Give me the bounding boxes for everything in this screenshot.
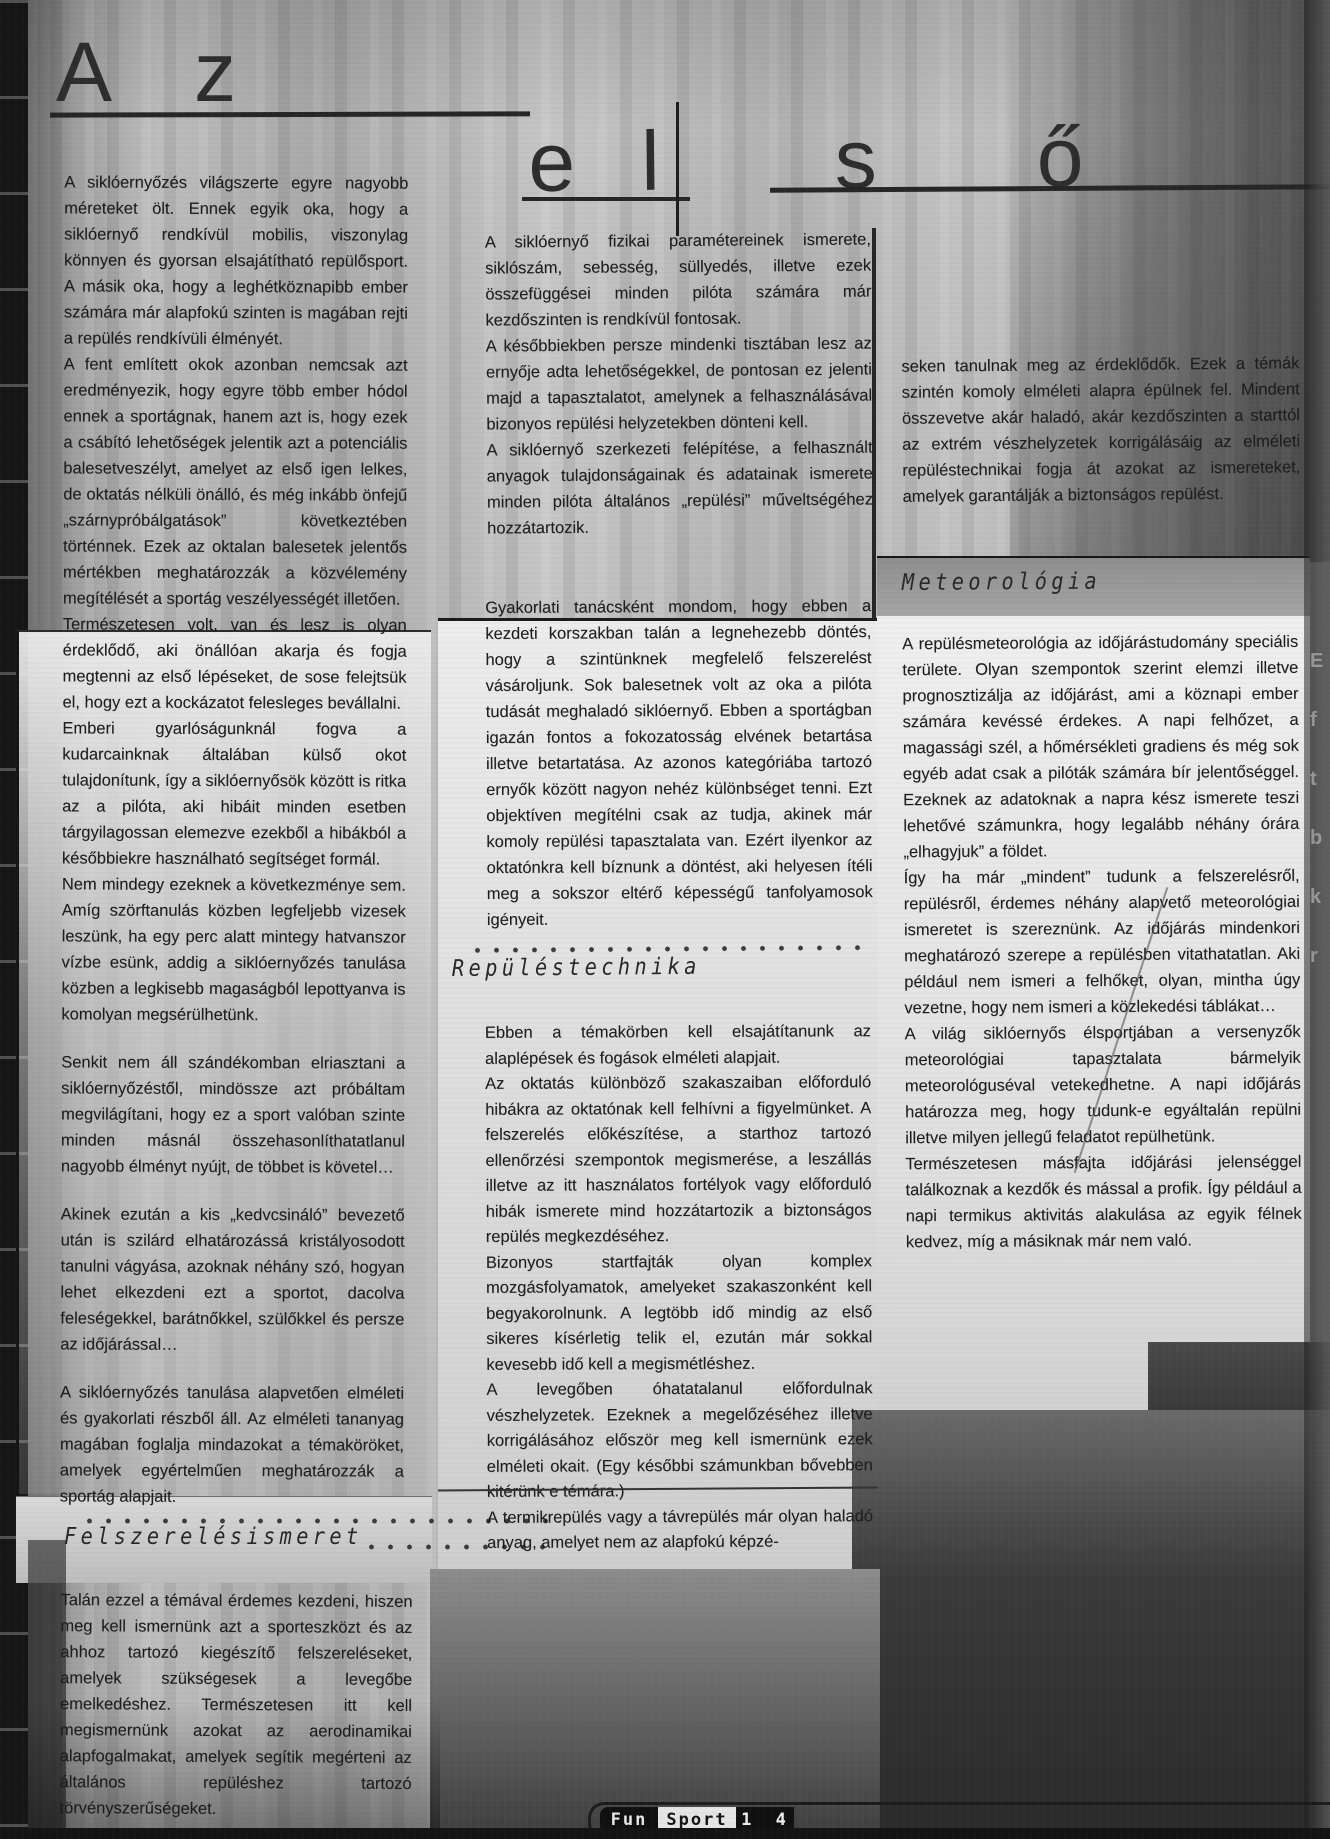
paragraph: A siklóernyő fizikai paramétereinek isme… [485,226,872,333]
headline-letter: l [641,119,660,203]
letter-fragment: E [1310,650,1323,673]
column3-meteo-text: A repülésmeteorológia az időjárástudomán… [902,629,1302,1255]
bottom-edge-strip [0,1828,1330,1839]
column-divider-line [872,228,876,620]
section-heading-equipment: Felszerelésismeret [64,1524,363,1550]
paragraph: A siklóernyőzés tanulása alapvetően elmé… [60,1379,404,1510]
paragraph: Gyakorlati tanácsként mondom, hogy ebben… [485,593,873,933]
dark-bottom-middle [430,1569,880,1839]
title-column-divider [676,102,679,236]
paragraph: Így ha már „mindent” tudunk a felszerelé… [904,863,1301,1021]
section-heading-meteorology: Meteorológia [902,569,1101,596]
paragraph: Bizonyos startfajták olyan komplex mozgá… [486,1249,873,1378]
letter-fragment: r [1310,945,1323,968]
paragraph: A repülésmeteorológia az időjárástudomán… [902,629,1299,865]
paragraph: Természetesen volt, van és lesz is olyan… [62,611,406,716]
paragraph: Talán ezzel a témával érdemes kezdeni, h… [59,1587,412,1823]
headline-letter-a: A [56,30,112,114]
column2-text-middle: Gyakorlati tanácsként mondom, hogy ebben… [485,593,873,933]
dark-bottom-area [852,1410,1330,1839]
letter-fragment: t [1310,768,1323,791]
headline-underline-el [522,197,690,201]
paragraph: A fent említett okok azonban nemcsak azt… [63,351,408,612]
letter-fragment: b [1310,827,1323,850]
adjacent-page-letter-fragments: E f t b k r [1310,650,1323,1004]
headline-letter-z: z [194,30,236,114]
headline-letter: A [56,25,112,119]
letter-fragment: k [1310,886,1323,909]
paragraph: A későbbiekben persze mindenki tisztában… [486,330,873,437]
paragraph: Akinek ezután a kis „kedvcsináló” beveze… [60,1201,405,1358]
column3-intro-text: seken tanulnak meg az érdeklődők. Ezek a… [901,350,1300,509]
headline-letter: e [528,120,576,204]
paragraph: seken tanulnak meg az érdeklődők. Ezek a… [901,350,1300,509]
paragraph: Senkit nem áll szándékomban elriasztani … [61,1049,405,1180]
section-heading-flight: Repüléstechnika [452,954,701,982]
paragraph: Emberi gyarlóságunknál fogva a kudarcain… [62,715,407,872]
equipment-text: Talán ezzel a témával érdemes kezdeni, h… [59,1587,412,1823]
paragraph: Ebben a témakörben kell elsajátítanunk a… [485,1019,871,1072]
headline-letter: z [194,25,236,119]
column2-text-top: A siklóernyő fizikai paramétereinek isme… [485,226,873,541]
paragraph: Természetesen másfajta időjárási jelensé… [905,1149,1302,1255]
paragraph: A termikrepülés vagy a távrepülés már ol… [487,1504,873,1557]
paragraph: A siklóernyő szerkezeti felépítése, a fe… [486,434,873,541]
letter-fragment: f [1310,709,1323,732]
scanned-magazine-page: A z első A siklóernyőzés világszerte egy… [0,0,1330,1839]
paragraph: A siklóernyőzés világszerte egyre nagyob… [64,169,409,352]
paragraph: Az oktatás különböző szakaszaiban előfor… [485,1070,872,1250]
column1-text: A siklóernyőzés világszerte egyre nagyob… [60,169,409,1510]
column2-text-bottom: Ebben a témakörben kell elsajátítanunk a… [485,1019,873,1556]
paragraph: Nem mindegy ezeknek a következménye sem.… [61,871,406,1028]
